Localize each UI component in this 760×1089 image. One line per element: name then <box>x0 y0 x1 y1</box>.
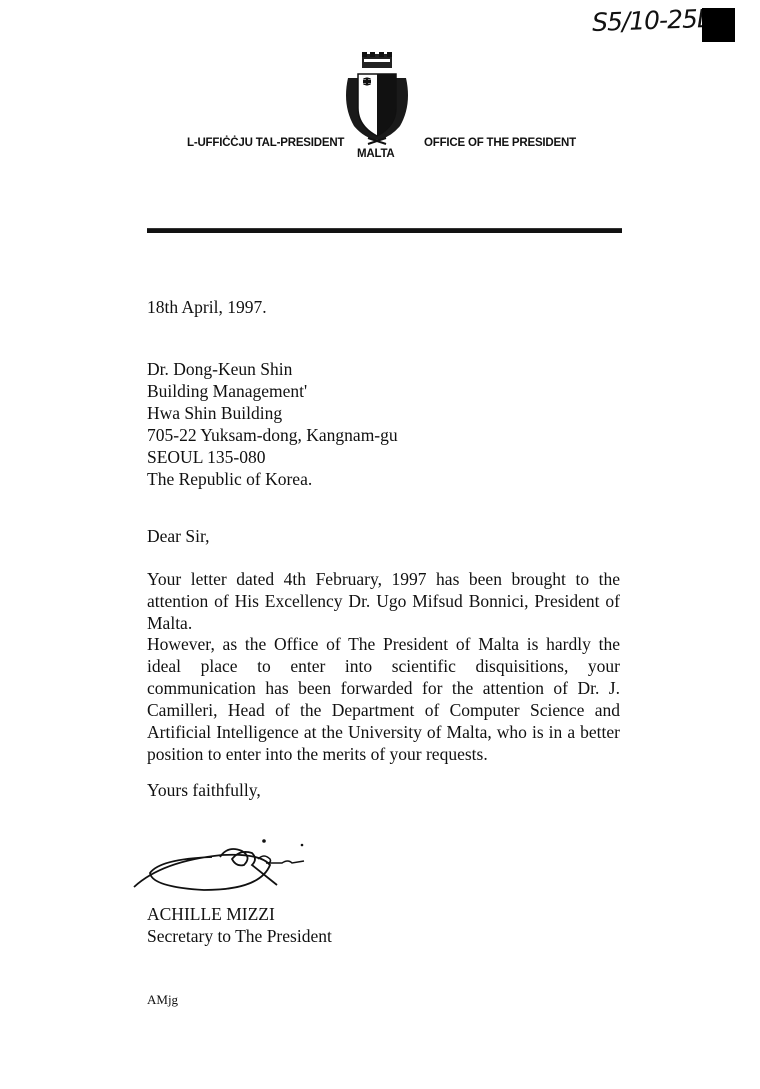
signature-icon <box>132 835 312 895</box>
letterhead-english-title: OFFICE OF THE PRESIDENT <box>424 137 576 149</box>
body-paragraph-1: Your letter dated 4th February, 1997 has… <box>147 568 620 634</box>
recipient-building: Hwa Shin Building <box>147 402 398 424</box>
reference-number: S5/10-25L <box>592 4 711 37</box>
salutation: Dear Sir, <box>147 525 209 547</box>
recipient-street: 705-22 Yuksam-dong, Kangnam-gu <box>147 424 398 446</box>
body-paragraph-2: However, as the Office of The President … <box>147 633 620 765</box>
signature-block: ACHILLE MIZZI Secretary to The President <box>147 903 332 947</box>
recipient-city: SEOUL 135-080 <box>147 446 398 468</box>
redaction-block <box>702 8 735 42</box>
recipient-country: The Republic of Korea. <box>147 468 398 490</box>
letterhead-maltese-title: L-UFFIĊĊJU TAL-PRESIDENT <box>187 137 344 149</box>
letterhead-country: MALTA <box>357 148 395 160</box>
malta-coat-of-arms-icon <box>340 50 414 146</box>
recipient-department: Building Management' <box>147 380 398 402</box>
recipient-name: Dr. Dong-Keun Shin <box>147 358 398 380</box>
closing: Yours faithfully, <box>147 779 261 801</box>
header-divider <box>147 228 622 233</box>
signatory-name: ACHILLE MIZZI <box>147 903 332 925</box>
reference-initials: AMjg <box>147 992 178 1008</box>
letter-date: 18th April, 1997. <box>147 296 267 318</box>
signatory-title: Secretary to The President <box>147 925 332 947</box>
recipient-address: Dr. Dong-Keun Shin Building Management' … <box>147 358 398 490</box>
